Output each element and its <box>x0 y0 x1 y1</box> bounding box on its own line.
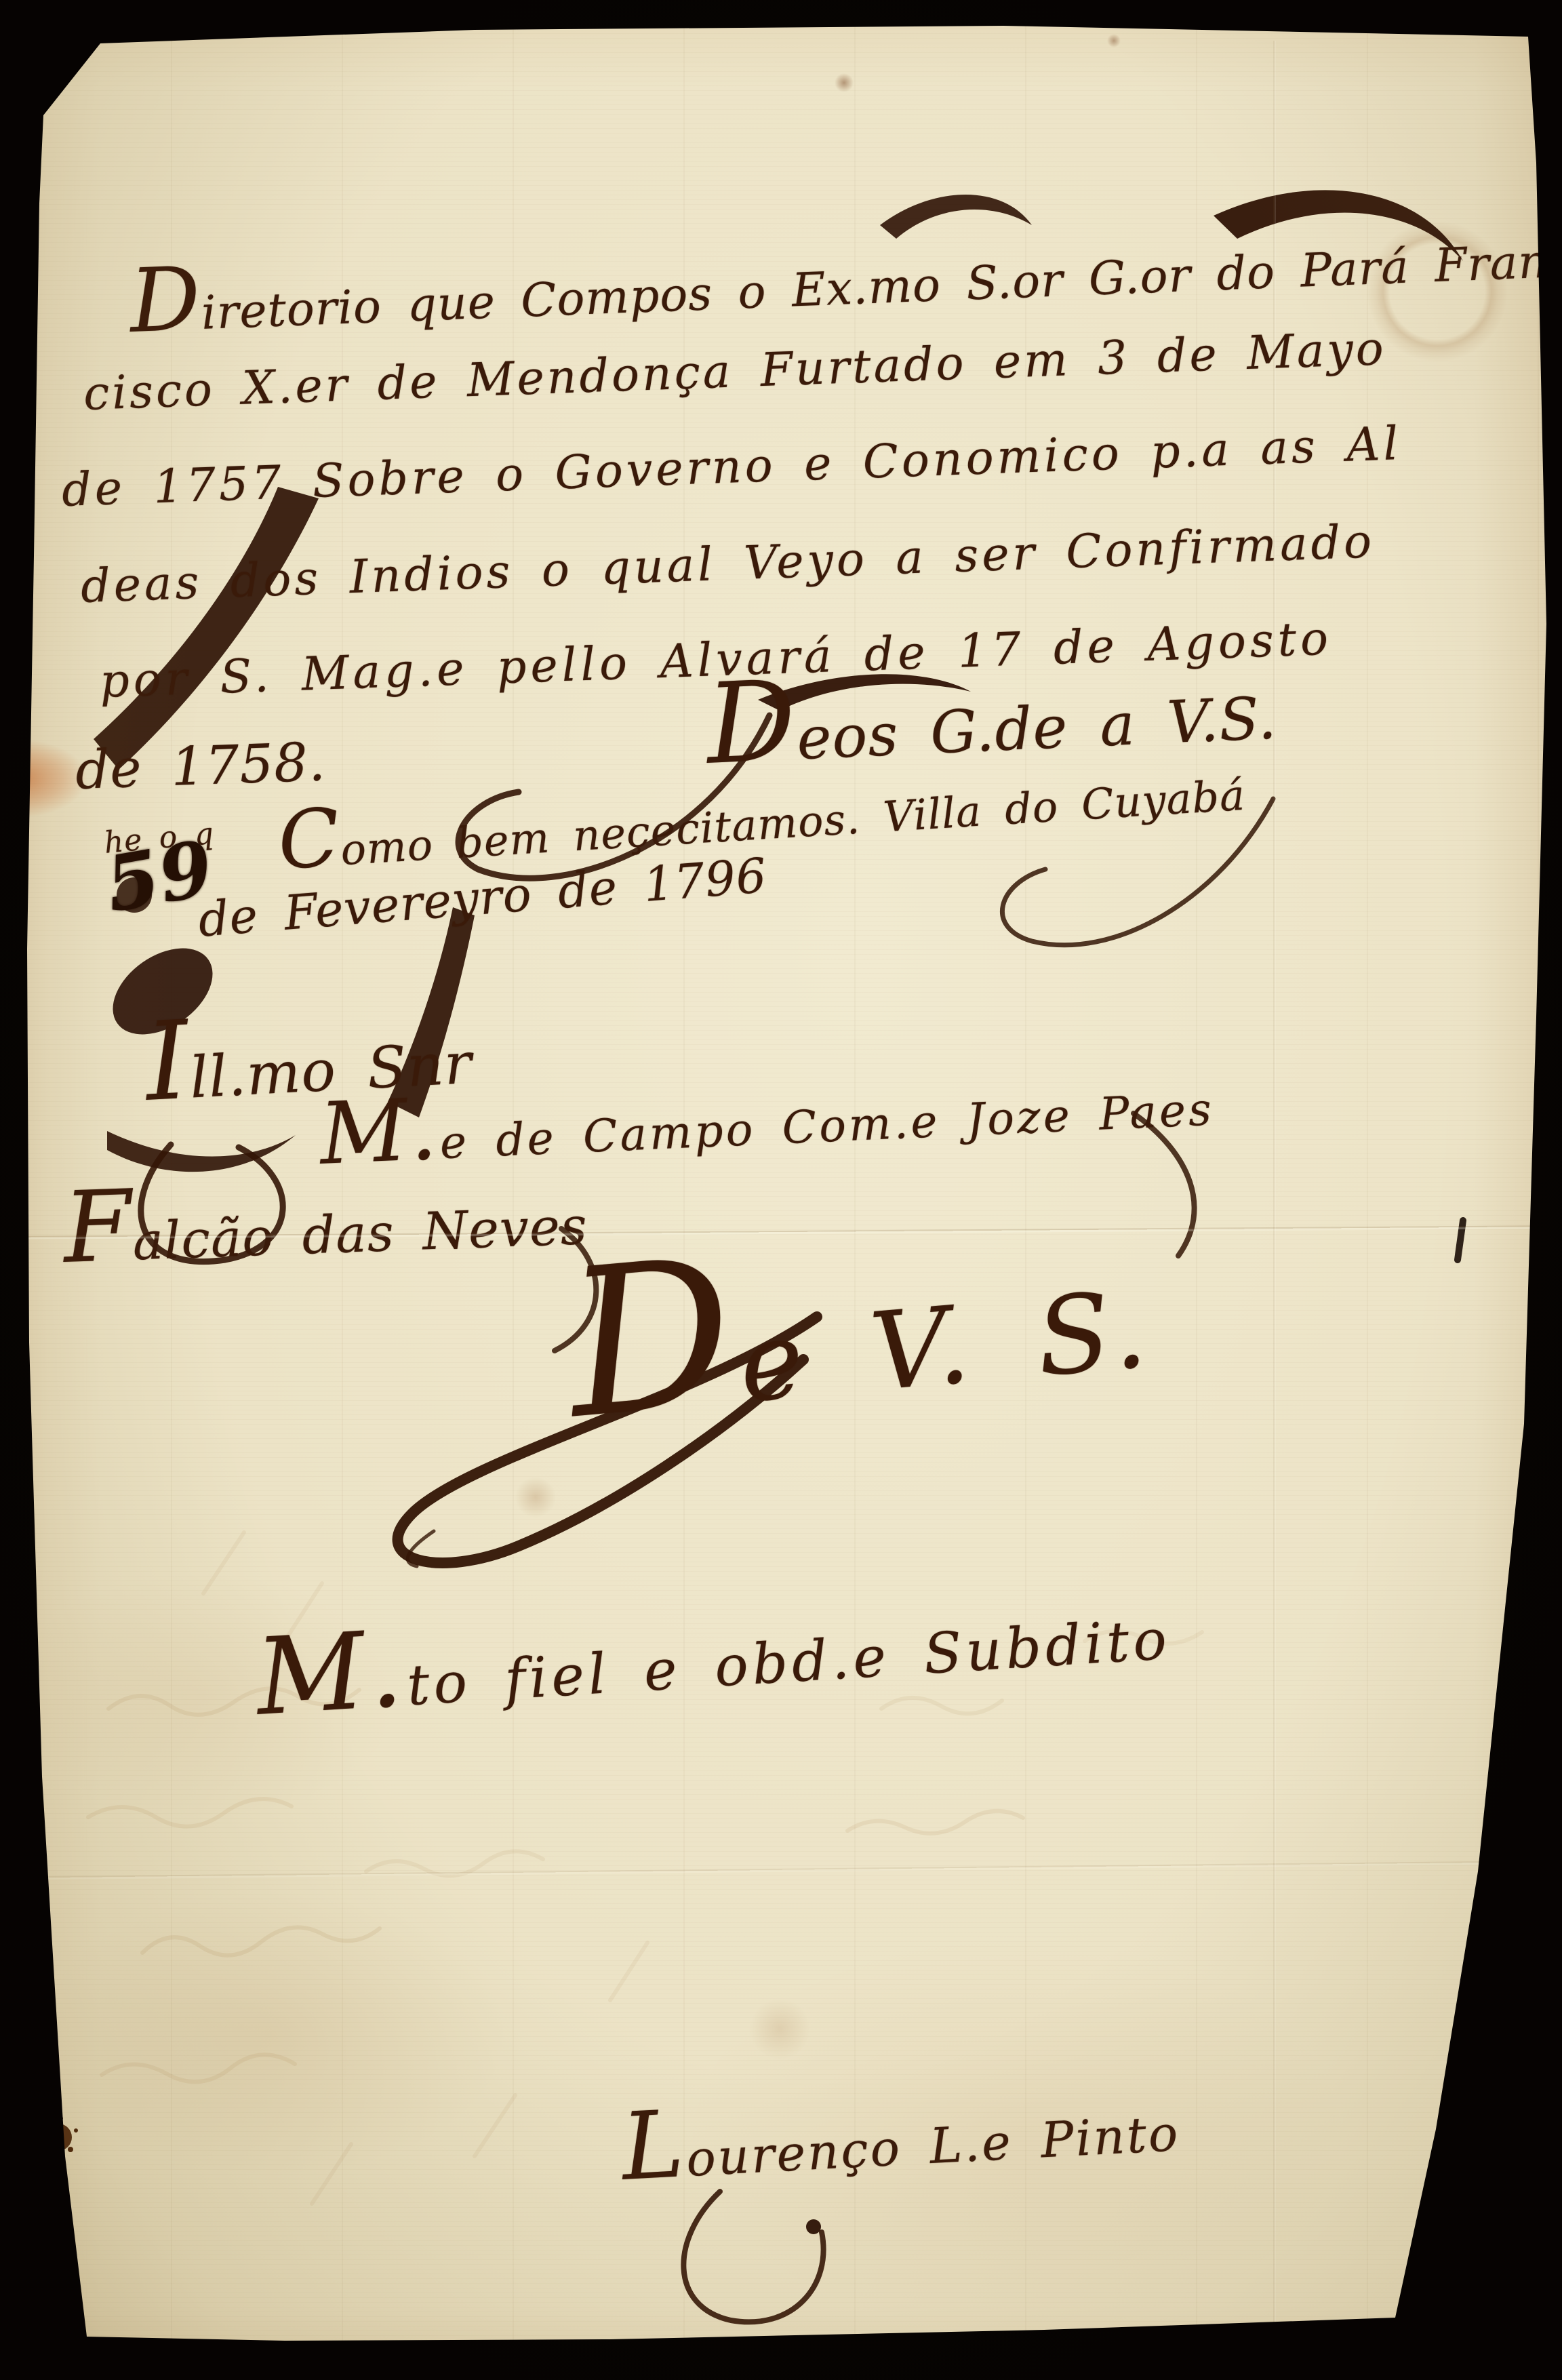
valediction-line: Deos G.de a V.S. <box>705 661 1278 772</box>
signature-text: Lourenço L.e Pinto <box>620 2086 1181 2187</box>
manuscript-line-3: de 1757 Sobre o Governo e Conomico p.a a… <box>61 421 1402 514</box>
signature-ink-dot <box>806 2219 821 2234</box>
manuscript-line-1: Diretorio que Compos o Ex.mo S.or G.or d… <box>129 215 1562 339</box>
monogram-de-vs: De V. S. <box>563 1224 1156 1433</box>
fold-crease-horizontal-lower <box>34 1861 1498 1880</box>
signature-loop <box>683 2191 823 2322</box>
manuscript-line-4: deas dos Indios o qual Veyo a ser Confir… <box>80 519 1376 610</box>
flourish-strokes <box>141 715 1463 2322</box>
address-line-3: Falcão das Neves <box>62 1176 588 1270</box>
manuscript-line-6: de 1758. <box>75 736 327 797</box>
fold-crease-vertical <box>1273 41 1276 2326</box>
manuscript-paper-sheet: Diretorio que Compos o Ex.mo S.or G.or d… <box>0 0 1562 2380</box>
big-descender-stroke <box>94 487 319 770</box>
manuscript-line-2: cisco X.er de Mendonça Furtado em 3 de M… <box>83 326 1387 418</box>
right-edge-ink-dash <box>1458 1221 1463 1260</box>
compliment-line: M.to fiel e obd.e Subdito <box>254 1585 1172 1724</box>
